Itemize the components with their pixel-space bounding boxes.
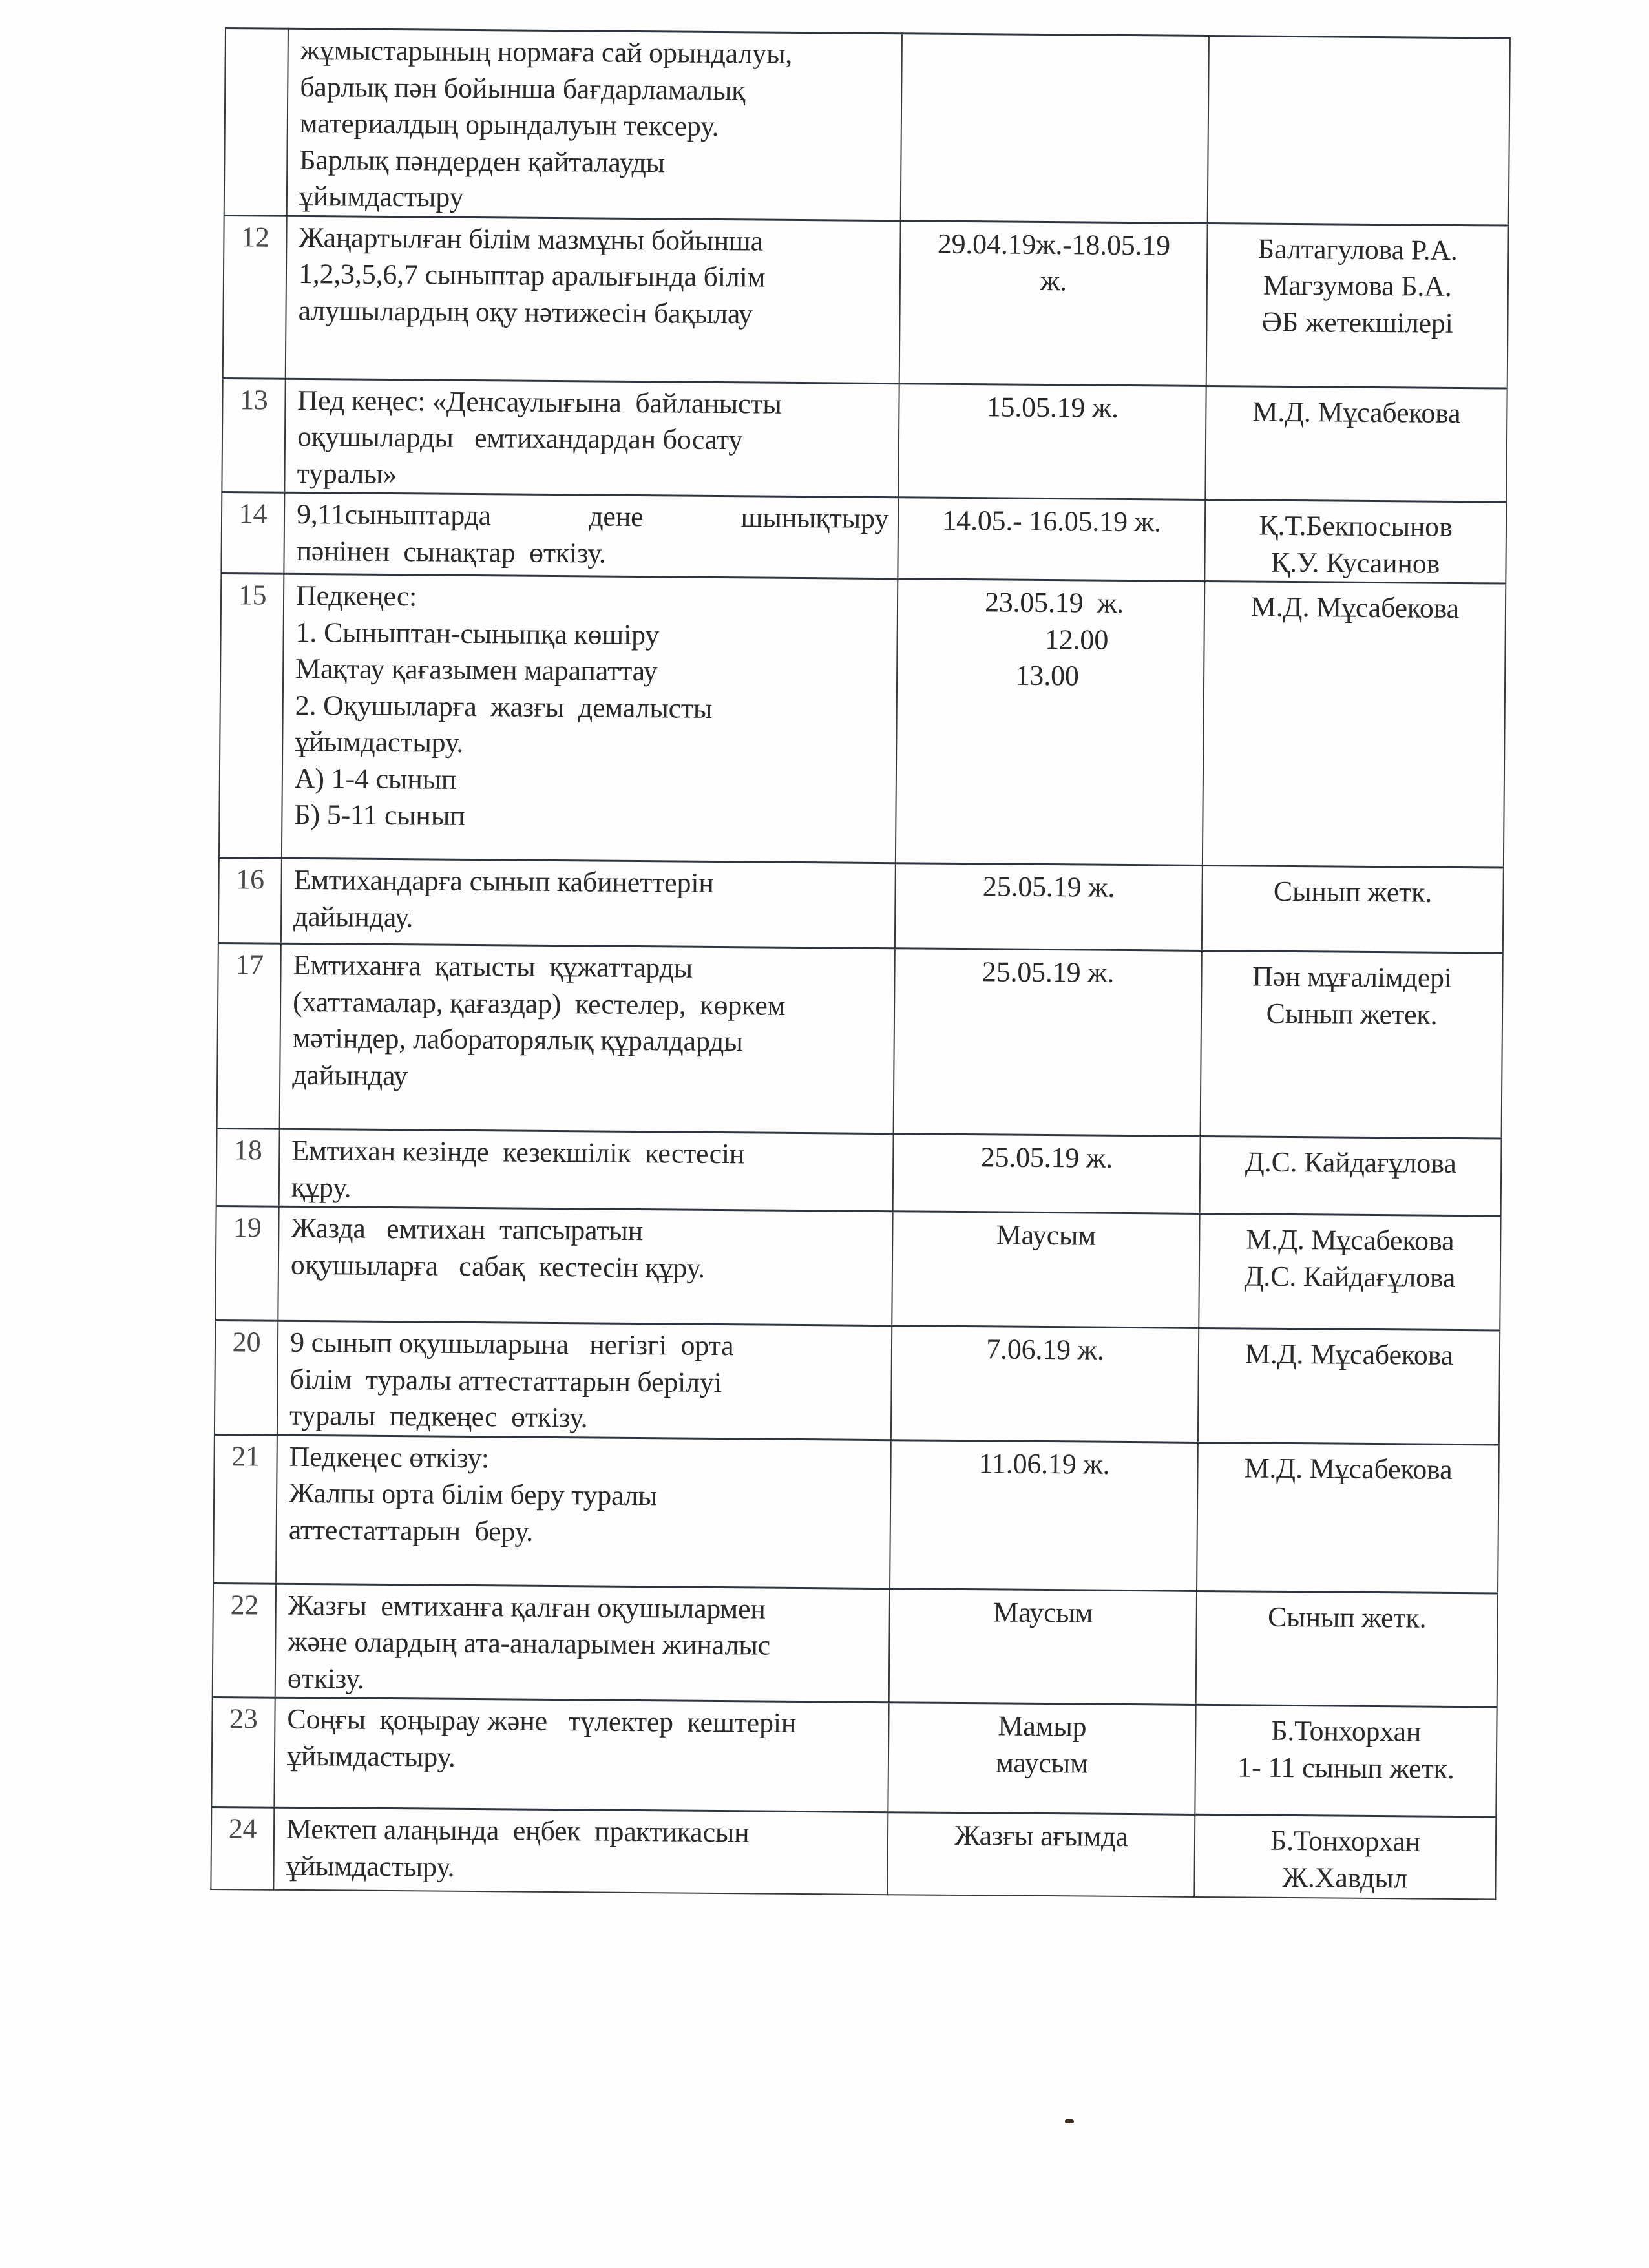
- activity-line: барлық пән бойынша бағдарламалық: [300, 68, 892, 110]
- activity-cell: Жазғы емтиханға қалған оқушыларменжәне о…: [275, 1584, 890, 1703]
- activity-line: Б) 5-11 сынып: [294, 797, 886, 838]
- date-line: Маусым: [893, 1216, 1199, 1255]
- table-row: 209 сынып оқушыларына негізгі ортабілім …: [215, 1320, 1500, 1444]
- row-number-cell: 17: [217, 943, 281, 1129]
- activity-line: дайындау: [292, 1056, 884, 1098]
- activity-line: ұйымдастыру.: [286, 1847, 877, 1889]
- activity-line: (хаттамалар, қағаздар) кестелер, көркем: [293, 983, 885, 1025]
- activity-line: Жазда емтихан тапсыратын: [291, 1210, 883, 1252]
- table-row: 17Емтиханға қатысты құжаттарды(хаттамала…: [217, 943, 1503, 1139]
- date-cell: 7.06.19 ж.: [891, 1326, 1199, 1442]
- date-cell: 25.05.19 ж.: [895, 863, 1203, 951]
- responsible-cell: Сынып жетк.: [1202, 865, 1504, 953]
- row-number-cell: 15: [219, 573, 284, 858]
- responsible-cell: Сынып жетк.: [1196, 1591, 1498, 1707]
- date-line: 14.05.- 16.05.19 ж.: [899, 502, 1204, 541]
- activity-line: туралы»: [297, 455, 888, 496]
- date-line: 7.06.19 ж.: [892, 1330, 1198, 1369]
- activity-line: Мектеп алаңында еңбек практикасын: [286, 1811, 878, 1853]
- activity-line: оқушыларды емтихандардан босату: [297, 419, 889, 460]
- responsible-line: М.Д. Мұсабекова: [1199, 1336, 1499, 1374]
- activity-cell: Емтиханға қатысты құжаттарды(хаттамалар,…: [280, 943, 895, 1133]
- activity-line: пәнінен сынақтар өткізу.: [296, 532, 888, 574]
- activity-line: Педкеңес:: [296, 578, 888, 619]
- date-cell: 25.05.19 ж.: [893, 1134, 1201, 1214]
- responsible-cell: Б.ТонхорханЖ.Хавдыл: [1194, 1814, 1496, 1899]
- activity-line: Мақтау қағазымен марапаттау: [295, 651, 887, 692]
- activity-line: өткізу.: [288, 1660, 879, 1701]
- plan-table: жұмыстарының нормаға сай орындалуы,барлы…: [210, 27, 1511, 1900]
- table-row: 22Жазғы емтиханға қалған оқушыларменжәне…: [213, 1583, 1498, 1707]
- activity-line: құру.: [291, 1169, 883, 1210]
- date-cell: Жазғы ағымда: [887, 1812, 1195, 1897]
- date-line: Мамыр: [889, 1707, 1195, 1746]
- activity-cell: Педкеңес өткізу:Жалпы орта білім беру ту…: [276, 1435, 891, 1588]
- responsible-line: Д.С. Кайдағұлова: [1200, 1257, 1500, 1296]
- activity-line: Соңғы қоңырау және түлектер кештерін: [287, 1701, 879, 1743]
- date-line: 15.05.19 ж.: [899, 388, 1205, 427]
- date-cell: 15.05.19 ж.: [898, 383, 1206, 499]
- responsible-line: М.Д. Мұсабекова: [1200, 1221, 1500, 1260]
- activity-line: Емтихандарға сынып кабинеттерін: [293, 862, 885, 903]
- activity-cell: Мектеп алаңында еңбек практикасынұйымдас…: [273, 1807, 888, 1894]
- activity-line: 1. Сыныптан-сыныпқа көшіру: [295, 614, 887, 655]
- responsible-line: Б.Тонхорхан: [1195, 1822, 1495, 1861]
- responsible-line: М.Д. Мұсабекова: [1198, 1449, 1498, 1488]
- plan-table-body: жұмыстарының нормаға сай орындалуы,барлы…: [211, 28, 1510, 1900]
- activity-line: ұйымдастыру.: [287, 1738, 879, 1779]
- activity-line: жұмыстарының нормаға сай орындалуы,: [300, 32, 892, 74]
- responsible-line: Балтагулова Р.А.: [1208, 230, 1507, 269]
- activity-cell: 9 сынып оқушыларына негізгі ортабілім ту…: [277, 1321, 892, 1440]
- date-line: 13.00: [891, 656, 1203, 695]
- row-number-cell: 13: [222, 378, 285, 492]
- activity-cell: Соңғы қоңырау және түлектер кештерінұйым…: [274, 1697, 888, 1812]
- date-line: 11.06.19 ж.: [891, 1445, 1197, 1484]
- responsible-cell: Д.С. Кайдағұлова: [1200, 1136, 1502, 1216]
- table-row: 12Жаңартылған білім мазмұны бойынша1,2,3…: [223, 215, 1509, 388]
- date-line: маусым: [889, 1744, 1195, 1783]
- row-number-cell: 16: [218, 857, 282, 943]
- activity-line: Жаңартылған білім мазмұны бойынша: [299, 219, 890, 260]
- row-number-cell: 14: [221, 492, 284, 574]
- date-cell: Мамырмаусым: [888, 1703, 1195, 1815]
- responsible-cell: [1208, 36, 1510, 225]
- date-line: 12.00: [898, 620, 1203, 659]
- responsible-cell: М.Д. Мұсабекова: [1198, 1328, 1500, 1444]
- activity-line: ұйымдастыру.: [295, 724, 887, 765]
- date-line: 25.05.19 ж.: [894, 1139, 1199, 1177]
- responsible-line: 1- 11 сынып жетк.: [1196, 1748, 1496, 1787]
- date-cell: 11.06.19 ж.: [890, 1440, 1198, 1591]
- row-number-cell: 23: [211, 1697, 275, 1807]
- row-number-cell: 12: [223, 215, 287, 379]
- responsible-cell: Қ.Т.БекпосыновҚ.У. Кусаинов: [1204, 499, 1506, 583]
- table-row: 13Пед кеңес: «Денсаулығына байланыстыоқу…: [222, 378, 1507, 502]
- activity-cell: Емтихандарға сынып кабинеттеріндайындау.: [281, 858, 896, 948]
- table-row: 21Педкеңес өткізу:Жалпы орта білім беру …: [213, 1434, 1499, 1593]
- row-number-cell: 21: [213, 1434, 277, 1584]
- table-row: 23Соңғы қоңырау және түлектер кештерінұй…: [211, 1697, 1497, 1817]
- table-row: 15Педкеңес:1. Сыныптан-сыныпқа көшіруМақ…: [219, 573, 1506, 868]
- activity-line: материалдың орындалуын тексеру.: [300, 105, 892, 147]
- date-cell: 14.05.- 16.05.19 ж.: [898, 498, 1205, 582]
- date-line: Маусым: [890, 1593, 1196, 1632]
- row-number-cell: 20: [215, 1320, 278, 1434]
- responsible-cell: М.Д. Мұсабекова: [1205, 386, 1507, 502]
- table-row: жұмыстарының нормаға сай орындалуы,барлы…: [224, 28, 1510, 226]
- activity-cell: Жазда емтихан тапсыратыноқушыларға сабақ…: [278, 1206, 892, 1325]
- activity-line: оқушыларға сабақ кестесін құру.: [291, 1246, 883, 1288]
- responsible-line: М.Д. Мұсабекова: [1206, 393, 1506, 432]
- responsible-line: Б.Тонхорхан: [1196, 1712, 1496, 1751]
- activity-line: Барлық пәндерден қайталауды: [299, 142, 891, 183]
- activity-line: және олардың ата-аналарымен жиналыс: [288, 1624, 879, 1665]
- activity-line: білім туралы аттестаттарын берілуі: [289, 1361, 881, 1402]
- date-cell: [901, 34, 1209, 223]
- responsible-line: Магзумова Б.А.: [1208, 267, 1507, 306]
- table-row: 19Жазда емтихан тапсыратыноқушыларға саб…: [215, 1206, 1500, 1330]
- activity-line: 9,11сыныптарда дене шынықтыру: [297, 496, 888, 538]
- responsible-line: Пән мұғалімдері: [1202, 958, 1502, 997]
- responsible-cell: М.Д. МұсабековаД.С. Кайдағұлова: [1199, 1213, 1500, 1330]
- activity-cell: Жаңартылған білім мазмұны бойынша1,2,3,5…: [286, 216, 901, 383]
- date-cell: Маусым: [892, 1212, 1199, 1328]
- responsible-line: Қ.Т.Бекпосынов: [1206, 507, 1506, 546]
- date-line: 29.04.19ж.-18.05.19: [901, 226, 1206, 264]
- activity-line: дайындау.: [293, 898, 885, 940]
- activity-line: алушылардың оқу нәтижесін бақылау: [298, 292, 890, 333]
- date-line: 23.05.19 ж.: [898, 583, 1204, 622]
- row-number-cell: 24: [211, 1807, 274, 1889]
- date-cell: 25.05.19 ж.: [894, 949, 1202, 1137]
- activity-line: Педкеңес өткізу:: [289, 1438, 881, 1480]
- activity-cell: Пед кеңес: «Денсаулығына байланыстыоқушы…: [284, 379, 899, 498]
- activity-line: аттестаттарын беру.: [289, 1511, 881, 1553]
- date-cell: 23.05.19 ж.12.0013.00: [896, 579, 1204, 866]
- responsible-cell: Балтагулова Р.А.Магзумова Б.А.ӘБ жетекші…: [1206, 223, 1509, 388]
- responsible-line: М.Д. Мұсабекова: [1205, 589, 1505, 627]
- activity-line: 2. Оқушыларға жазғы демалысты: [295, 687, 887, 728]
- activity-line: мәтіндер, лабораторялық құралдарды: [292, 1020, 884, 1062]
- table-row: 149,11сыныптарда дене шынықтырупәнінен с…: [221, 492, 1506, 583]
- activity-cell: Емтихан кезінде кезекшілік кестесінқұру.: [279, 1129, 894, 1211]
- date-line: 25.05.19 ж.: [895, 953, 1201, 992]
- date-cell: Маусым: [889, 1588, 1197, 1705]
- responsible-cell: М.Д. Мұсабекова: [1203, 581, 1506, 868]
- responsible-cell: М.Д. Мұсабекова: [1197, 1442, 1499, 1593]
- responsible-line: Сынып жетк.: [1197, 1598, 1497, 1637]
- activity-cell: Педкеңес:1. Сыныптан-сыныпқа көшіруМақта…: [282, 574, 898, 863]
- activity-line: 1,2,3,5,6,7 сыныптар аралығында білім: [299, 256, 890, 297]
- activity-line: 9 сынып оқушыларына негізгі орта: [290, 1325, 882, 1366]
- row-number-cell: 19: [215, 1206, 278, 1321]
- activity-line: туралы педкеңес өткізу.: [289, 1398, 881, 1439]
- table-row: 18Емтихан кезінде кезекшілік кестесінқұр…: [216, 1128, 1502, 1216]
- activity-line: Емтихан кезінде кезекшілік кестесін: [291, 1133, 883, 1174]
- table-row: 24Мектеп алаңында еңбек практикасынұйымд…: [211, 1807, 1496, 1899]
- responsible-cell: Пән мұғалімдеріСынып жетек.: [1201, 950, 1503, 1139]
- scanned-page: жұмыстарының нормаға сай орындалуы,барлы…: [0, 0, 1649, 2268]
- responsible-line: Қ.У. Кусаинов: [1205, 543, 1505, 582]
- responsible-cell: Б.Тонхорхан1- 11 сынып жетк.: [1195, 1705, 1497, 1817]
- activity-line: А) 1-4 сынып: [295, 760, 887, 801]
- row-number-cell: [224, 28, 288, 216]
- activity-line: Пед кеңес: «Денсаулығына байланысты: [297, 382, 889, 423]
- activity-line: ұйымдастыру: [299, 178, 891, 220]
- date-line: 25.05.19 ж.: [896, 868, 1201, 907]
- row-number-cell: 18: [216, 1128, 280, 1206]
- activity-cell: жұмыстарының нормаға сай орындалуы,барлы…: [287, 28, 902, 220]
- responsible-line: Сынып жетк.: [1203, 873, 1502, 912]
- activity-line: Емтиханға қатысты құжаттарды: [293, 947, 885, 989]
- activity-cell: 9,11сыныптарда дене шынықтырупәнінен сын…: [284, 492, 898, 578]
- scan-artifact-mark: [1065, 2119, 1074, 2123]
- activity-line: Жазғы емтиханға қалған оқушылармен: [288, 1587, 880, 1628]
- row-number-cell: 22: [213, 1583, 276, 1697]
- activity-line: Жалпы орта білім беру туралы: [289, 1475, 881, 1517]
- plan-table-container: жұмыстарының нормаға сай орындалуы,барлы…: [210, 27, 1509, 1900]
- responsible-line: Сынып жетек.: [1202, 994, 1502, 1033]
- date-cell: 29.04.19ж.-18.05.19ж.: [899, 220, 1208, 386]
- responsible-line: ӘБ жетекшілері: [1207, 303, 1507, 342]
- responsible-line: Ж.Хавдыл: [1195, 1858, 1495, 1897]
- date-line: ж.: [901, 262, 1206, 300]
- responsible-line: Д.С. Кайдағұлова: [1201, 1144, 1500, 1182]
- table-row: 16Емтихандарға сынып кабинеттеріндайында…: [218, 857, 1504, 953]
- date-line: Жазғы ағымда: [888, 1817, 1194, 1856]
